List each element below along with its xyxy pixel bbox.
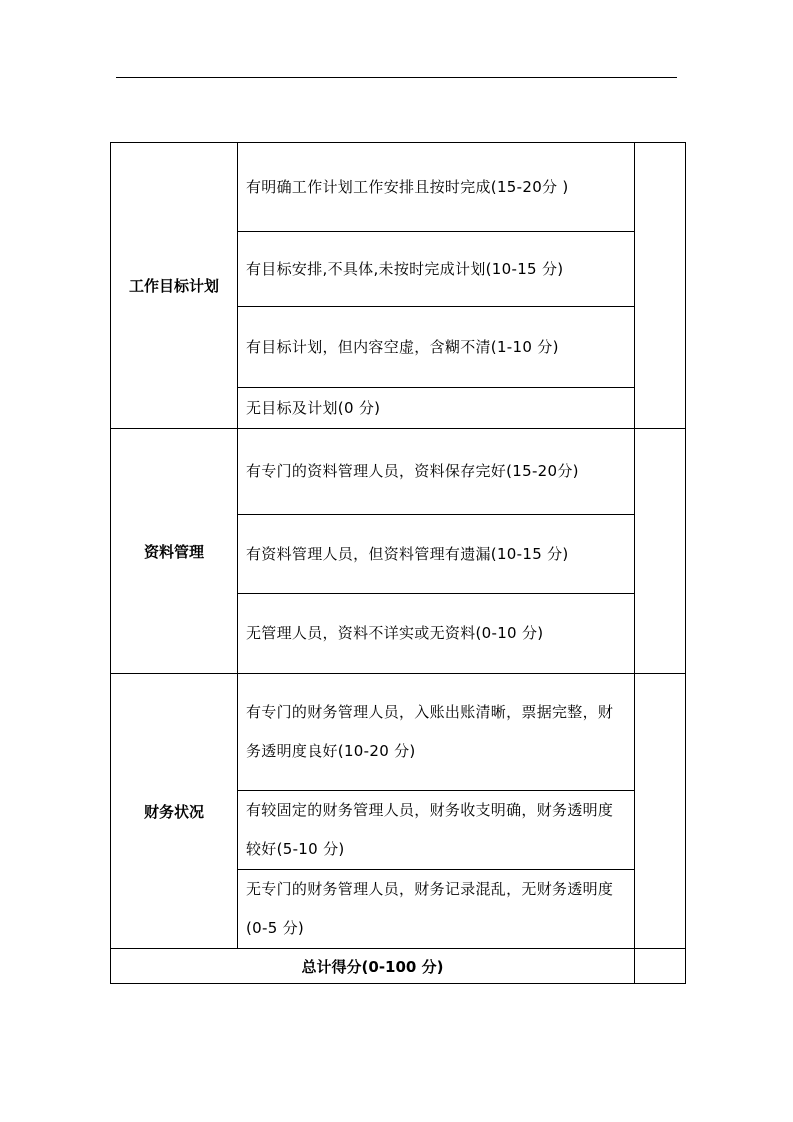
criterion-cell: 有明确工作计划工作安排且按时完成(15-20分 ) bbox=[238, 143, 635, 232]
category-cell: 资料管理 bbox=[111, 429, 238, 674]
criterion-cell: 有目标计划，但内容空虚，含糊不清(1-10 分) bbox=[238, 307, 635, 388]
total-row: 总计得分(0-100 分) bbox=[111, 949, 686, 984]
score-input-cell[interactable] bbox=[635, 429, 686, 674]
score-input-cell[interactable] bbox=[635, 143, 686, 429]
criterion-cell: 有专门的财务管理人员，入账出账清晰，票据完整，财务透明度良好(10-20 分) bbox=[238, 674, 635, 791]
criterion-cell: 有专门的资料管理人员，资料保存完好(15-20分) bbox=[238, 429, 635, 515]
category-cell: 工作目标计划 bbox=[111, 143, 238, 429]
table-row: 工作目标计划有明确工作计划工作安排且按时完成(15-20分 ) bbox=[111, 143, 686, 232]
table-row: 资料管理有专门的资料管理人员，资料保存完好(15-20分) bbox=[111, 429, 686, 515]
criterion-cell: 无目标及计划(0 分) bbox=[238, 388, 635, 429]
table-row: 财务状况有专门的财务管理人员，入账出账清晰，票据完整，财务透明度良好(10-20… bbox=[111, 674, 686, 791]
criterion-cell: 有较固定的财务管理人员，财务收支明确，财务透明度较好(5-10 分) bbox=[238, 791, 635, 870]
scoring-table: 工作目标计划有明确工作计划工作安排且按时完成(15-20分 )有目标安排,不具体… bbox=[110, 142, 686, 984]
total-score-cell[interactable] bbox=[635, 949, 686, 984]
category-cell: 财务状况 bbox=[111, 674, 238, 949]
criterion-cell: 无专门的财务管理人员，财务记录混乱，无财务透明度(0-5 分) bbox=[238, 870, 635, 949]
criterion-cell: 有资料管理人员，但资料管理有遗漏(10-15 分) bbox=[238, 515, 635, 594]
header-rule bbox=[116, 77, 677, 78]
total-label: 总计得分(0-100 分) bbox=[111, 949, 635, 984]
score-input-cell[interactable] bbox=[635, 674, 686, 949]
criterion-cell: 有目标安排,不具体,未按时完成计划(10-15 分) bbox=[238, 232, 635, 307]
criterion-cell: 无管理人员，资料不详实或无资料(0-10 分) bbox=[238, 594, 635, 674]
